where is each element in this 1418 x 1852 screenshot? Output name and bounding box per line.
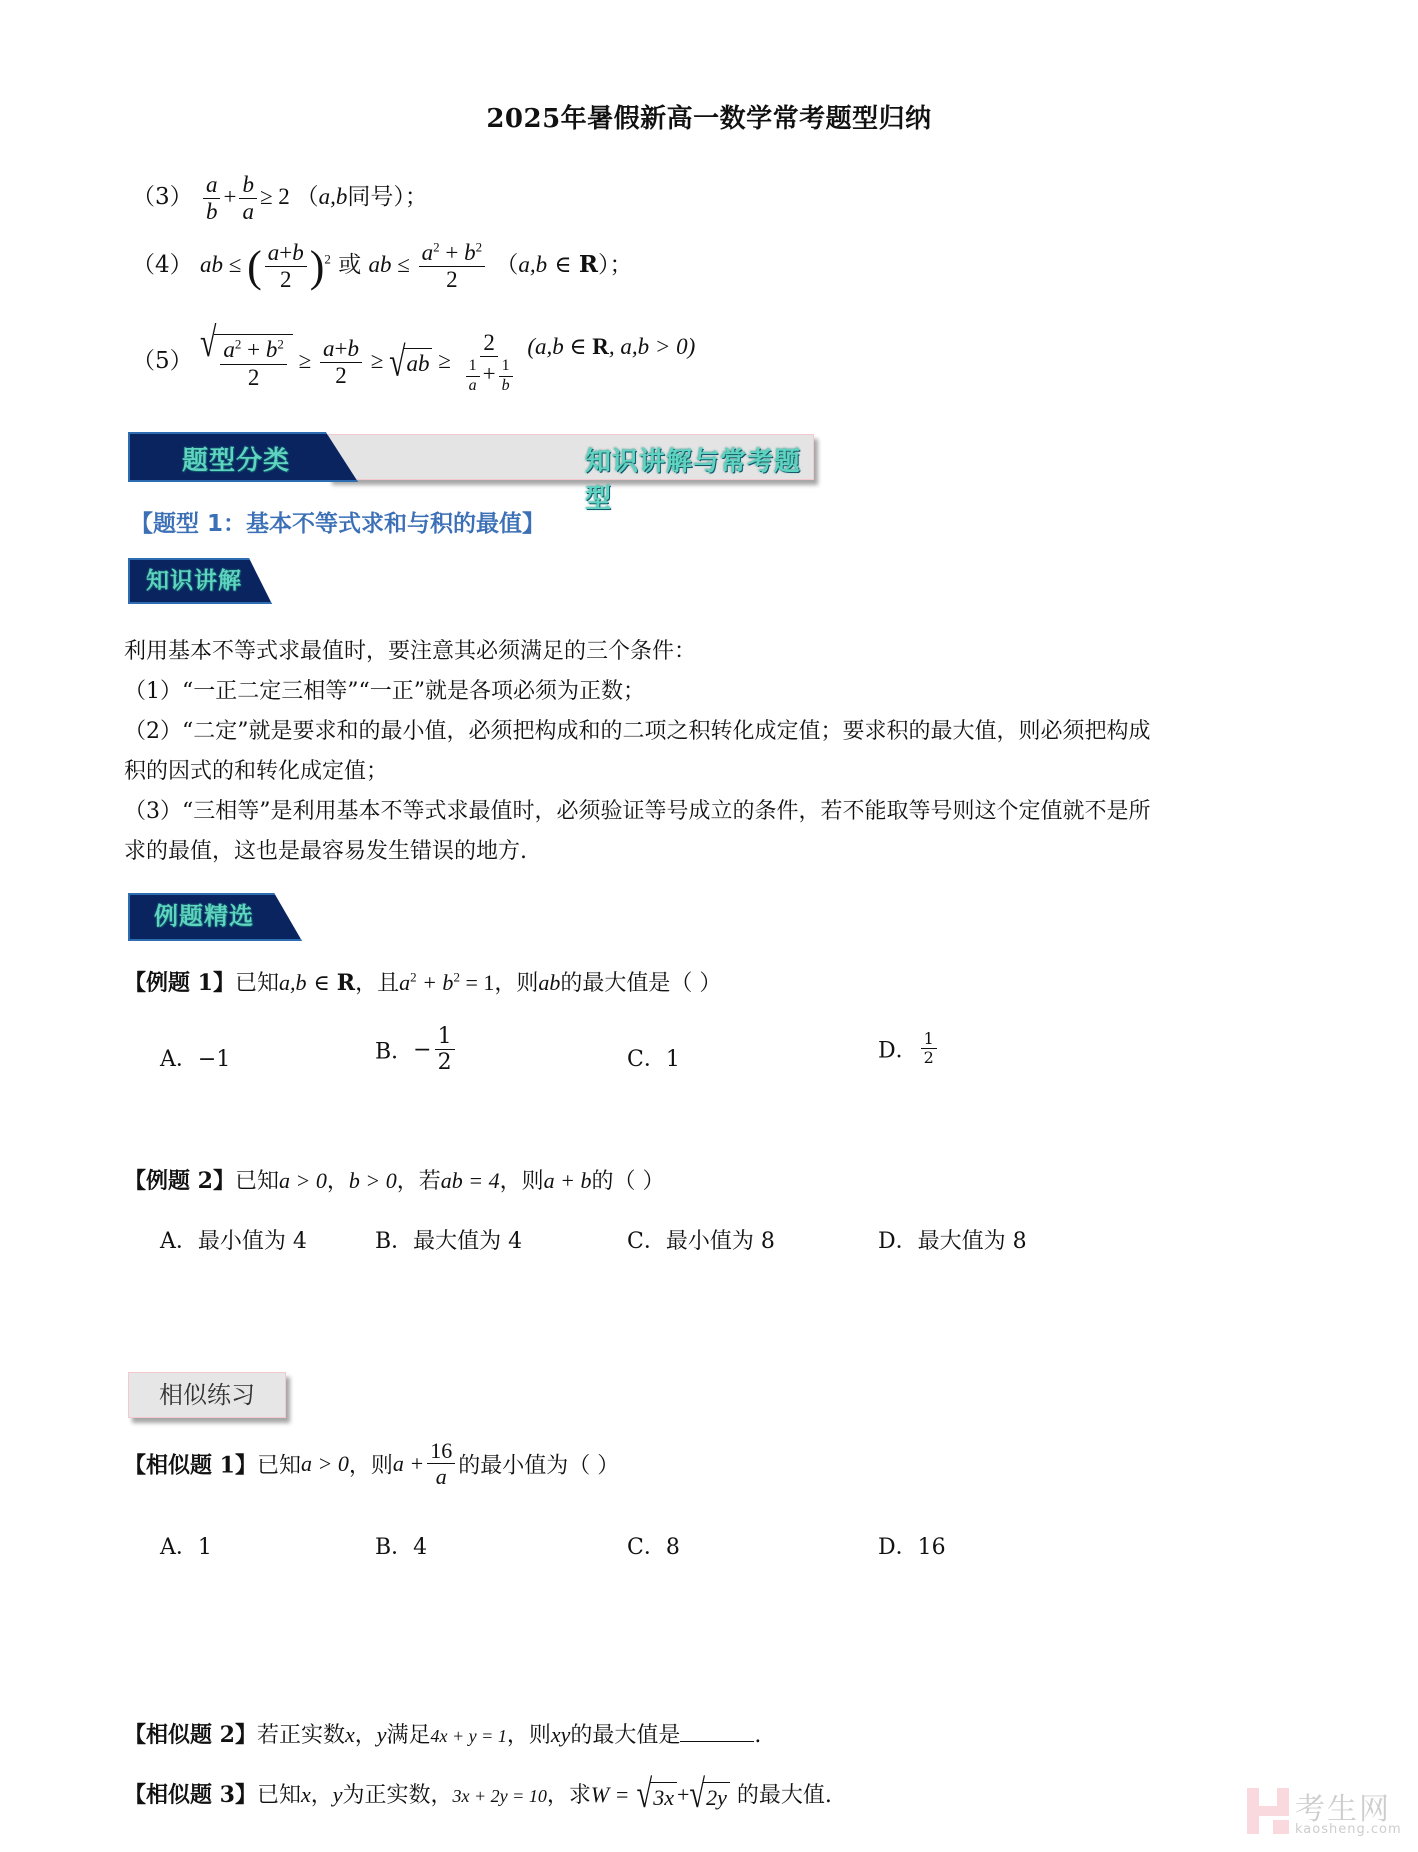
formula-5: （5） √a2 + b22 ≥ a+b2 ≥ √ab ≥ 21a+1b (a,b… bbox=[132, 330, 695, 395]
option-b[interactable]: B．最大值为 4 bbox=[375, 1224, 522, 1255]
type1-heading: 【题型 1：基本不等式求和与积的最值】 bbox=[130, 505, 545, 538]
knowledge-tag-label: 知识讲解 bbox=[130, 560, 270, 602]
formula-3: （3） ab+ba≥ 2 （a,b同号）； bbox=[132, 172, 428, 226]
knowledge-tag: 知识讲解 bbox=[128, 558, 272, 604]
paragraph: （1）“一正二定三相等”“一正”就是各项必须为正数； bbox=[124, 672, 1304, 712]
option-d[interactable]: D．最大值为 8 bbox=[878, 1224, 1027, 1255]
banner-left-label: 题型分类 bbox=[182, 440, 290, 477]
section-banner: 知识讲解与常考题型 题型分类 bbox=[128, 432, 812, 480]
practice-tag: 相似练习 bbox=[128, 1372, 286, 1418]
similar-2-question: 【相似题 2】若正实数x，y满足4x + y = 1，则xy的最大值是. bbox=[124, 1718, 761, 1749]
similar-3-question: 【相似题 3】已知x，y为正实数，3x + 2y = 10，求W = √3x+√… bbox=[124, 1778, 832, 1811]
paragraph: （2）“二定”就是要求和的最小值，必须把构成和的二项之积转化成定值；要求积的最大… bbox=[124, 712, 1304, 752]
paragraph: 求的最值，这也是最容易发生错误的地方. bbox=[124, 832, 1304, 872]
answer-blank[interactable] bbox=[680, 1721, 754, 1742]
option-a[interactable]: A．最小值为 4 bbox=[160, 1224, 307, 1255]
option-b[interactable]: B．−12 bbox=[375, 1024, 458, 1076]
question-label: 【例题 2】 bbox=[124, 1168, 235, 1194]
question-label: 【例题 1】 bbox=[124, 970, 235, 996]
example-1-question: 【例题 1】已知a,b ∈ R，且a2 + b2 = 1，则ab的最大值是（ ） bbox=[124, 966, 721, 997]
document-title: 2025年暑假新高一数学常考题型归纳 bbox=[0, 98, 1418, 135]
watermark-logo: 考生网 kaosheng.com bbox=[1243, 1778, 1418, 1848]
formula-label: （3） bbox=[132, 184, 193, 210]
option-d[interactable]: D．16 bbox=[878, 1530, 946, 1561]
examples-tag: 例题精选 bbox=[128, 893, 302, 941]
kaosheng-logo-icon bbox=[1247, 1788, 1289, 1834]
knowledge-text: 利用基本不等式求最值时，要注意其必须满足的三个条件： （1）“一正二定三相等”“… bbox=[124, 632, 1304, 872]
formula-label: （5） bbox=[132, 348, 193, 374]
option-c[interactable]: C．最小值为 8 bbox=[627, 1224, 775, 1255]
watermark-domain: kaosheng.com bbox=[1295, 1822, 1402, 1837]
option-c[interactable]: C．1 bbox=[627, 1042, 680, 1073]
formula-condition: （a,b ∈ R）； bbox=[495, 252, 632, 278]
banner-right: 知识讲解与常考题型 bbox=[328, 434, 814, 480]
option-a[interactable]: A．−1 bbox=[160, 1042, 230, 1073]
option-a[interactable]: A．1 bbox=[160, 1530, 212, 1561]
similar-1-question: 【相似题 1】已知a > 0，则a +16a的最小值为（ ） bbox=[124, 1438, 619, 1490]
formula-condition: （a,b同号）； bbox=[296, 184, 428, 210]
banner-left: 题型分类 bbox=[128, 432, 358, 482]
option-b[interactable]: B．4 bbox=[375, 1530, 427, 1561]
banner-right-label: 知识讲解与常考题型 bbox=[585, 441, 813, 515]
paragraph: （3）“三相等”是利用基本不等式求最值时，必须验证等号成立的条件，若不能取等号则… bbox=[124, 792, 1304, 832]
formula-connector: 或 bbox=[338, 252, 361, 278]
formula-condition: (a,b ∈ R, a,b > 0) bbox=[527, 334, 695, 359]
formula-label: （4） bbox=[132, 252, 193, 278]
paragraph: 利用基本不等式求最值时，要注意其必须满足的三个条件： bbox=[124, 632, 1304, 672]
fraction-b-over-a: ba bbox=[239, 172, 257, 226]
examples-tag-label: 例题精选 bbox=[130, 895, 300, 937]
formula-4: （4） ab ≤ (a+b2)2 或 ab ≤ a2 + b22 （a,b ∈ … bbox=[132, 240, 632, 294]
fraction-a-over-b: ab bbox=[203, 172, 221, 226]
paragraph: 积的因式的和转化成定值； bbox=[124, 752, 1304, 792]
option-d[interactable]: D．12 bbox=[878, 1030, 940, 1068]
option-c[interactable]: C．8 bbox=[627, 1530, 680, 1561]
example-2-question: 【例题 2】已知a > 0，b > 0，若ab = 4，则a + b的（ ） bbox=[124, 1164, 664, 1195]
